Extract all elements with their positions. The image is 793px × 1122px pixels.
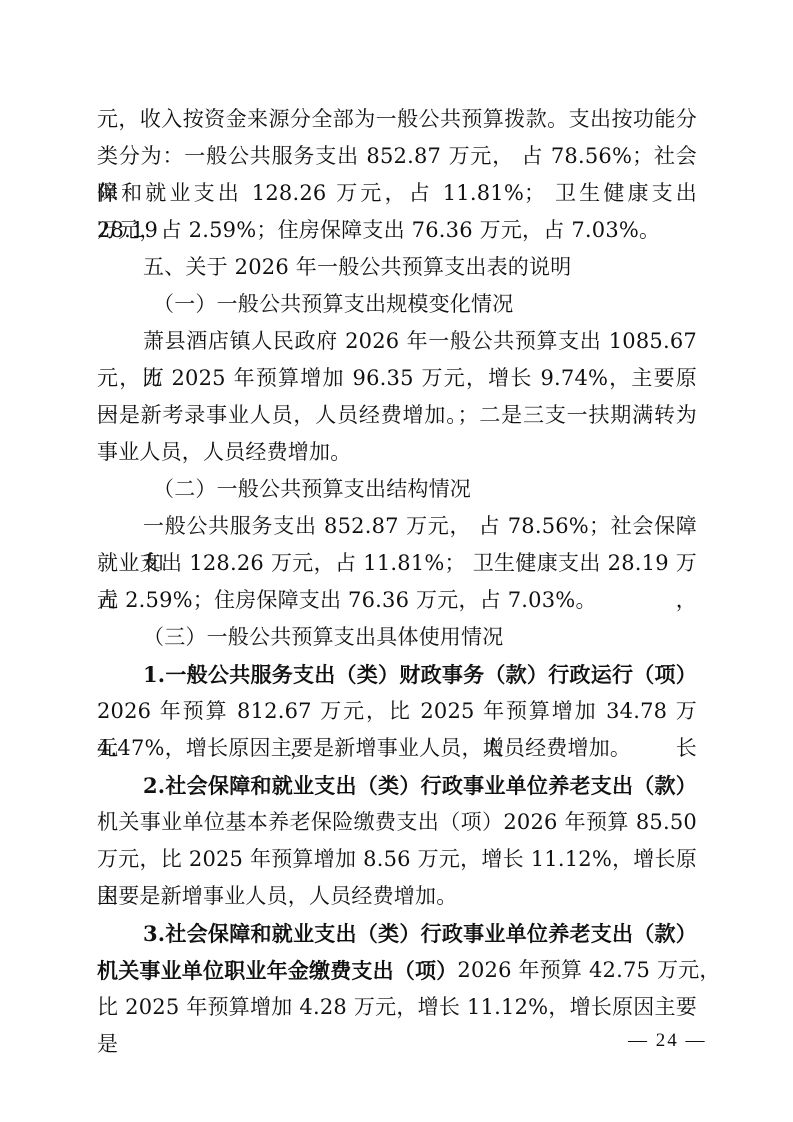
paragraph-line: 元，收入按资金来源分全部为一般公共预算拨款。支出按功能分 <box>97 101 697 138</box>
paragraph-line: 类分为：一般公共服务支出 852.87 万元， 占 78.56%；社会保 <box>97 138 697 175</box>
paragraph-line: 机关事业单位职业年金缴费支出（项） 2026 年预算 42.75 万元， <box>97 952 697 989</box>
subsection-heading: （一）一般公共预算支出规模变化情况 <box>97 286 697 323</box>
page-number: — 24 — <box>628 1030 707 1052</box>
paragraph-line: 主要是新增事业人员，人员经费增加。 <box>97 878 697 915</box>
paragraph-line: 4.47%，增长原因主要是新增事业人员，人员经费增加。 <box>97 730 697 767</box>
paragraph-line: 事业人员，人员经费增加。 <box>97 434 697 471</box>
paragraph-line: 一是新考录事业人员，人员经费增加。；二是三支一扶期满转为 <box>97 397 697 434</box>
subsection-heading: （二）一般公共预算支出结构情况 <box>97 471 697 508</box>
item-title: 2.社会保障和就业支出（类）行政事业单位养老支出（款） <box>97 767 697 804</box>
item-title: 1.一般公共服务支出（类）财政事务（款）行政运行（项） <box>97 656 697 693</box>
section-heading: 五、关于 2026 年一般公共预算支出表的说明 <box>97 249 697 286</box>
paragraph-line: 万元，占 2.59%；住房保障支出 76.36 万元，占 7.03%。 <box>97 212 697 249</box>
item-title-continued: 机关事业单位职业年金缴费支出（项） <box>97 952 457 989</box>
paragraph-line: 比 2025 年预算增加 4.28 万元，增长 11.12%，增长原因主要是 <box>97 989 697 1026</box>
subsection-heading: （三）一般公共预算支出具体使用情况 <box>97 619 697 656</box>
item-title: 3.社会保障和就业支出（类）行政事业单位养老支出（款） <box>97 915 697 952</box>
paragraph-line: 占 2.59%；住房保障支出 76.36 万元，占 7.03%。 <box>97 582 697 619</box>
document-page: 元，收入按资金来源分全部为一般公共预算拨款。支出按功能分 类分为：一般公共服务支… <box>97 101 697 1026</box>
paragraph-line: 2026 年预算 812.67 万元，比 2025 年预算增加 34.78 万元… <box>97 693 697 730</box>
paragraph-line: 万元，比 2025 年预算增加 8.56 万元，增长 11.12%，增长原因 <box>97 841 697 878</box>
paragraph-line: 机关事业单位基本养老保险缴费支出（项）2026 年预算 85.50 <box>97 804 697 841</box>
paragraph-line: 萧县酒店镇人民政府 2026 年一般公共预算支出 1085.67 万 <box>97 323 697 360</box>
paragraph-line: 就业支出 128.26 万元，占 11.81%； 卫生健康支出 28.19 万元… <box>97 545 697 582</box>
paragraph-line: 障和就业支出 128.26 万元，占 11.81%； 卫生健康支出 28.19 <box>97 175 697 212</box>
item-text: 2026 年预算 42.75 万元， <box>457 952 720 989</box>
paragraph-line: 元，比 2025 年预算增加 96.35 万元，增长 9.74%，主要原因： <box>97 360 697 397</box>
paragraph-line: 一般公共服务支出 852.87 万元， 占 78.56%；社会保障和 <box>97 508 697 545</box>
